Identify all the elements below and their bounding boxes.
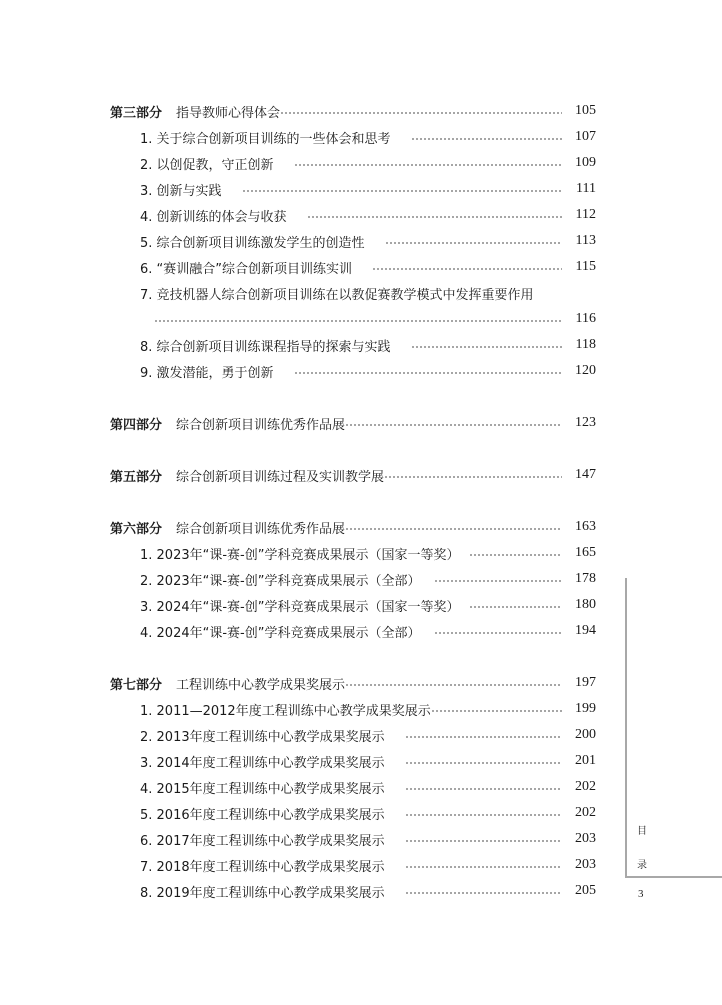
page-ref: 113 bbox=[570, 233, 596, 249]
item-title: 4. 2024年“课-赛-创”学科竞赛成果展示（全部） bbox=[140, 622, 420, 641]
leader-dots bbox=[307, 216, 562, 219]
item-title: 3. 2024年“课-赛-创”学科竞赛成果展示（国家一等奖） bbox=[140, 596, 459, 615]
item-title: 5. 2016年度工程训练中心教学成果奖展示 bbox=[140, 804, 385, 823]
page-ref: 202 bbox=[570, 779, 596, 795]
toc-item[interactable]: 6. 2017年度工程训练中心教学成果奖展示 203 bbox=[110, 826, 596, 852]
toc-item[interactable]: 1. 关于综合创新项目训练的一些体会和思考 107 bbox=[110, 124, 596, 150]
page-ref: 178 bbox=[570, 571, 596, 587]
part-title: 综合创新项目训练过程及实训教学展 bbox=[176, 466, 384, 485]
item-title: 1. 关于综合创新项目训练的一些体会和思考 bbox=[140, 128, 391, 147]
page-ref: 120 bbox=[570, 363, 596, 379]
page-ref: 111 bbox=[570, 181, 596, 197]
toc-item[interactable]: 1. 2023年“课-赛-创”学科竞赛成果展示（国家一等奖） 165 bbox=[110, 540, 596, 566]
toc-part-4[interactable]: 第四部分 综合创新项目训练优秀作品展 123 bbox=[110, 410, 596, 436]
toc-item[interactable]: 2. 2023年“课-赛-创”学科竞赛成果展示（全部） 178 bbox=[110, 566, 596, 592]
leader-dots bbox=[372, 268, 562, 271]
toc-item[interactable]: 3. 创新与实践 111 bbox=[110, 176, 596, 202]
item-title: 8. 综合创新项目训练课程指导的探索与实践 bbox=[140, 336, 391, 355]
page-ref: 116 bbox=[570, 311, 596, 327]
page-ref: 203 bbox=[570, 857, 596, 873]
leader-dots bbox=[411, 138, 562, 141]
item-title: 2. 2023年“课-赛-创”学科竞赛成果展示（全部） bbox=[140, 570, 420, 589]
toc-item-continuation[interactable]: 116 bbox=[110, 306, 596, 332]
toc-item[interactable]: 4. 2015年度工程训练中心教学成果奖展示 202 bbox=[110, 774, 596, 800]
part-label: 第三部分 bbox=[110, 102, 162, 121]
leader-dots bbox=[405, 866, 562, 869]
leader-dots bbox=[345, 684, 562, 687]
toc-item[interactable]: 2. 以创促教，守正创新 109 bbox=[110, 150, 596, 176]
leader-dots bbox=[405, 814, 562, 817]
leader-dots bbox=[405, 788, 562, 791]
side-tab-char-2: 录 bbox=[637, 856, 647, 871]
page-ref: 202 bbox=[570, 805, 596, 821]
leader-dots bbox=[154, 320, 562, 323]
part-title: 综合创新项目训练优秀作品展 bbox=[176, 414, 345, 433]
part-label: 第六部分 bbox=[110, 518, 162, 537]
side-tab-horizontal-rule bbox=[625, 876, 722, 878]
leader-dots bbox=[405, 736, 562, 739]
toc-part-7[interactable]: 第七部分 工程训练中心教学成果奖展示 197 bbox=[110, 670, 596, 696]
part-title: 指导教师心得体会 bbox=[176, 102, 280, 121]
item-title: 3. 2014年度工程训练中心教学成果奖展示 bbox=[140, 752, 385, 771]
page-ref: 105 bbox=[570, 103, 596, 119]
item-title: 7. 2018年度工程训练中心教学成果奖展示 bbox=[140, 856, 385, 875]
leader-dots bbox=[345, 424, 562, 427]
toc-item[interactable]: 5. 2016年度工程训练中心教学成果奖展示 202 bbox=[110, 800, 596, 826]
toc-item[interactable]: 9. 激发潜能，勇于创新 120 bbox=[110, 358, 596, 384]
leader-dots bbox=[385, 242, 562, 245]
page-ref: 147 bbox=[570, 467, 596, 483]
toc-part-6[interactable]: 第六部分 综合创新项目训练优秀作品展 163 bbox=[110, 514, 596, 540]
item-title: 4. 2015年度工程训练中心教学成果奖展示 bbox=[140, 778, 385, 797]
toc-part-5[interactable]: 第五部分 综合创新项目训练过程及实训教学展 147 bbox=[110, 462, 596, 488]
leader-dots bbox=[345, 528, 562, 531]
leader-dots bbox=[294, 164, 562, 167]
item-title: 1. 2011—2012年度工程训练中心教学成果奖展示 bbox=[140, 700, 431, 719]
part-label: 第四部分 bbox=[110, 414, 162, 433]
page-ref: 180 bbox=[570, 597, 596, 613]
page-number: 3 bbox=[638, 888, 644, 900]
part-label: 第七部分 bbox=[110, 674, 162, 693]
leader-dots bbox=[405, 892, 562, 895]
item-title: 1. 2023年“课-赛-创”学科竞赛成果展示（国家一等奖） bbox=[140, 544, 459, 563]
page-ref: 118 bbox=[570, 337, 596, 353]
item-title: 5. 综合创新项目训练激发学生的创造性 bbox=[140, 232, 365, 251]
leader-dots bbox=[431, 710, 562, 713]
toc-item[interactable]: 7. 2018年度工程训练中心教学成果奖展示 203 bbox=[110, 852, 596, 878]
item-title: 2. 以创促教，守正创新 bbox=[140, 154, 274, 173]
page-ref: 199 bbox=[570, 701, 596, 717]
part-title: 工程训练中心教学成果奖展示 bbox=[176, 674, 345, 693]
leader-dots bbox=[434, 580, 562, 583]
page-ref: 203 bbox=[570, 831, 596, 847]
toc-item[interactable]: 4. 2024年“课-赛-创”学科竞赛成果展示（全部） 194 bbox=[110, 618, 596, 644]
page-ref: 109 bbox=[570, 155, 596, 171]
side-tab-vertical-rule bbox=[625, 578, 627, 878]
toc-item[interactable]: 8. 综合创新项目训练课程指导的探索与实践 118 bbox=[110, 332, 596, 358]
toc-item[interactable]: 6. “赛训融合”综合创新项目训练实训 115 bbox=[110, 254, 596, 280]
toc-item[interactable]: 5. 综合创新项目训练激发学生的创造性 113 bbox=[110, 228, 596, 254]
page-ref: 107 bbox=[570, 129, 596, 145]
item-title: 8. 2019年度工程训练中心教学成果奖展示 bbox=[140, 882, 385, 901]
table-of-contents: 第三部分 指导教师心得体会 105 1. 关于综合创新项目训练的一些体会和思考 … bbox=[110, 98, 596, 904]
leader-dots bbox=[405, 840, 562, 843]
page-ref: 115 bbox=[570, 259, 596, 275]
toc-item[interactable]: 3. 2014年度工程训练中心教学成果奖展示 201 bbox=[110, 748, 596, 774]
page-ref: 197 bbox=[570, 675, 596, 691]
item-title: 9. 激发潜能，勇于创新 bbox=[140, 362, 274, 381]
toc-item[interactable]: 2. 2013年度工程训练中心教学成果奖展示 200 bbox=[110, 722, 596, 748]
item-title: 6. 2017年度工程训练中心教学成果奖展示 bbox=[140, 830, 385, 849]
toc-item[interactable]: 4. 创新训练的体会与收获 112 bbox=[110, 202, 596, 228]
page-ref: 112 bbox=[570, 207, 596, 223]
item-title: 3. 创新与实践 bbox=[140, 180, 222, 199]
item-title: 7. 竞技机器人综合创新项目训练在以教促赛教学模式中发挥重要作用 bbox=[140, 284, 534, 303]
page-ref: 200 bbox=[570, 727, 596, 743]
page-ref: 201 bbox=[570, 753, 596, 769]
toc-item[interactable]: 8. 2019年度工程训练中心教学成果奖展示 205 bbox=[110, 878, 596, 904]
toc-part-3[interactable]: 第三部分 指导教师心得体会 105 bbox=[110, 98, 596, 124]
toc-item-wrapped[interactable]: 7. 竞技机器人综合创新项目训练在以教促赛教学模式中发挥重要作用 bbox=[110, 280, 596, 306]
page-ref: 165 bbox=[570, 545, 596, 561]
page-ref: 163 bbox=[570, 519, 596, 535]
leader-dots bbox=[294, 372, 562, 375]
page-ref: 205 bbox=[570, 883, 596, 899]
page-ref: 123 bbox=[570, 415, 596, 431]
leader-dots bbox=[280, 112, 562, 115]
toc-item[interactable]: 3. 2024年“课-赛-创”学科竞赛成果展示（国家一等奖） 180 bbox=[110, 592, 596, 618]
side-tab-char-1: 目 bbox=[637, 822, 647, 837]
item-title: 2. 2013年度工程训练中心教学成果奖展示 bbox=[140, 726, 385, 745]
item-title: 4. 创新训练的体会与收获 bbox=[140, 206, 287, 225]
part-title: 综合创新项目训练优秀作品展 bbox=[176, 518, 345, 537]
toc-item[interactable]: 1. 2011—2012年度工程训练中心教学成果奖展示 199 bbox=[110, 696, 596, 722]
leader-dots bbox=[469, 554, 562, 557]
leader-dots bbox=[384, 476, 562, 479]
part-label: 第五部分 bbox=[110, 466, 162, 485]
item-title: 6. “赛训融合”综合创新项目训练实训 bbox=[140, 258, 352, 277]
leader-dots bbox=[411, 346, 562, 349]
leader-dots bbox=[405, 762, 562, 765]
page-ref: 194 bbox=[570, 623, 596, 639]
leader-dots bbox=[434, 632, 562, 635]
leader-dots bbox=[469, 606, 562, 609]
leader-dots bbox=[242, 190, 562, 193]
